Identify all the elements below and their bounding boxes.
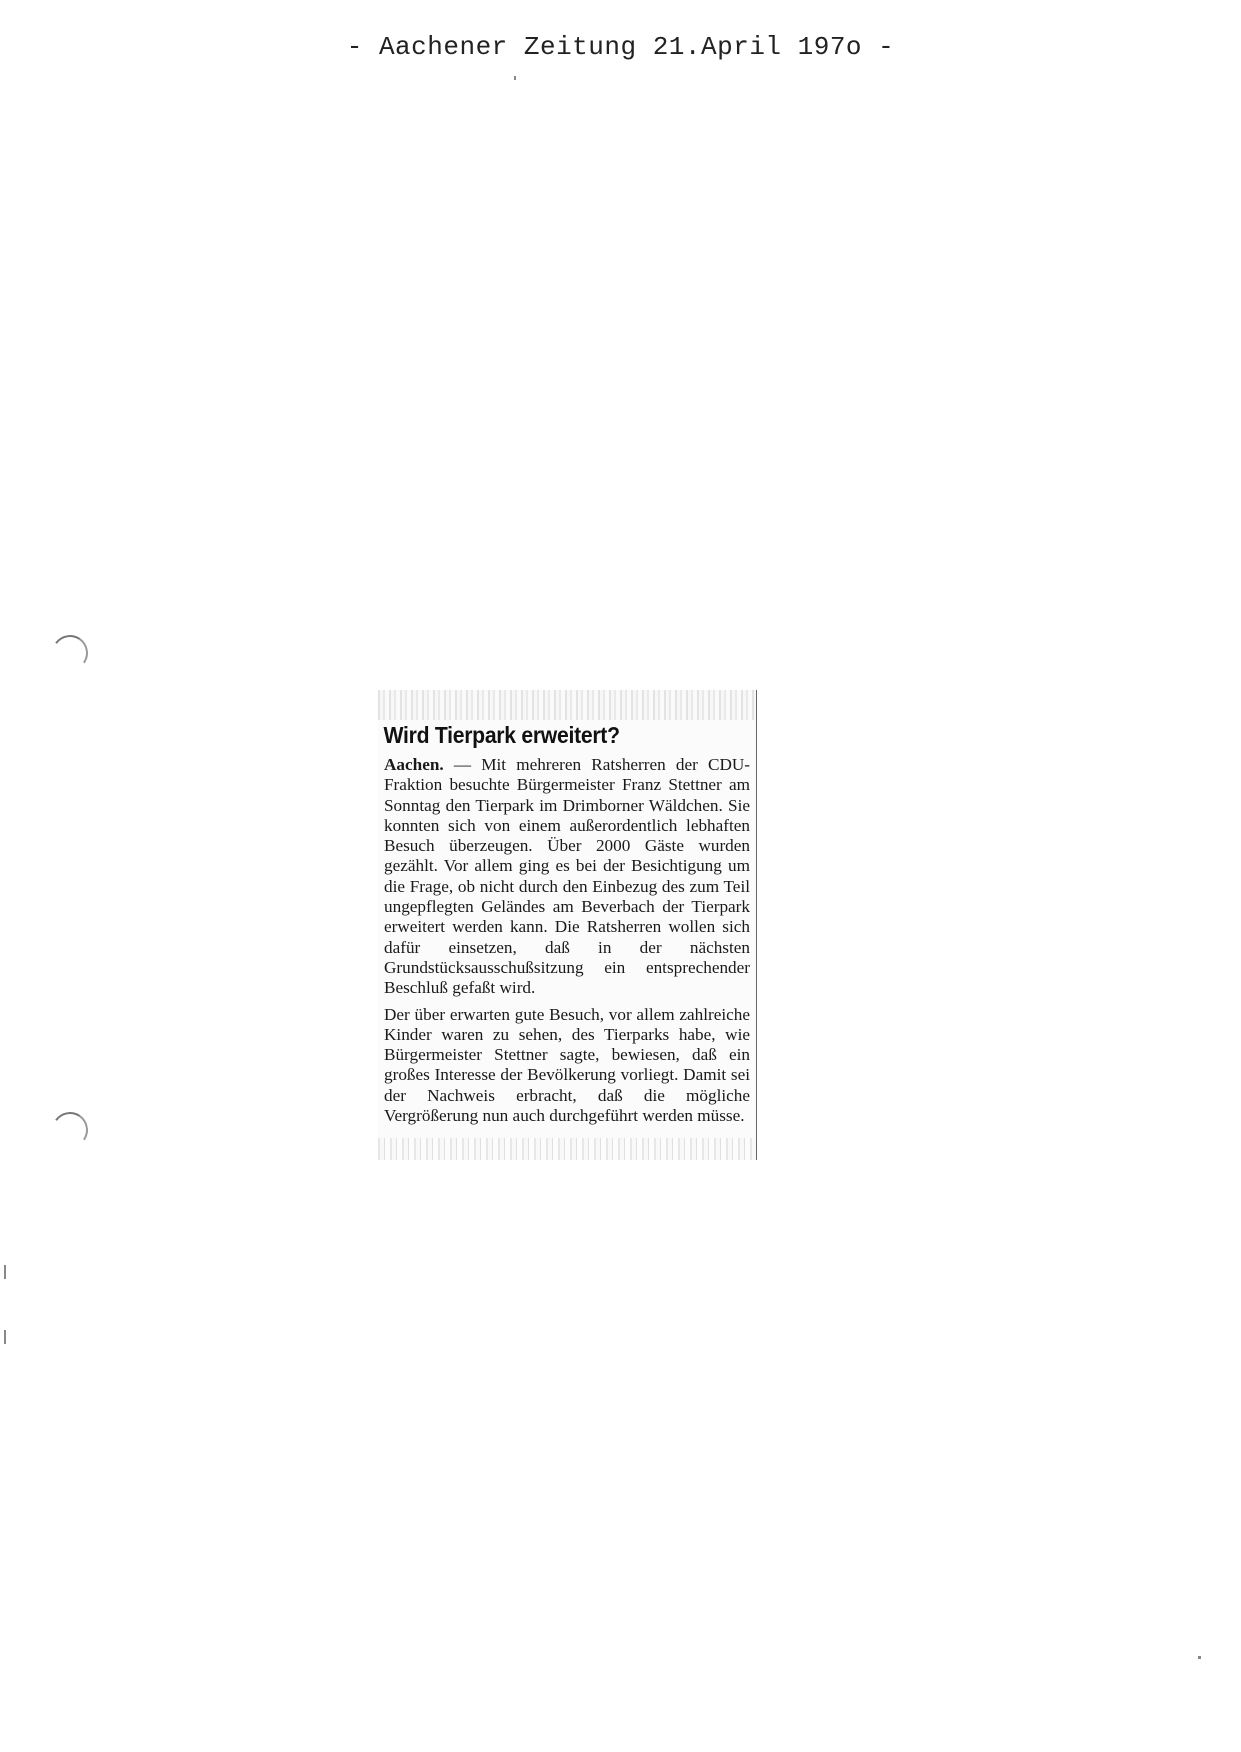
article-dateline: Aachen. [384,755,444,774]
article-paragraph-1: Aachen. — Mit mehreren Ratsherren der CD… [384,755,750,999]
article-paragraph-2: Der über erwarten gute Besuch, vor allem… [384,1005,750,1127]
clipping-cut-edge-bottom [378,1138,756,1160]
scan-artifact [1198,1656,1201,1659]
document-header: - Aachener Zeitung 21.April 197o - [0,32,1241,62]
article-paragraph-1-text: — Mit mehreren Ratsherren der CDU-Frakti… [384,755,750,997]
punch-hole-mark-bottom [49,1109,91,1151]
newspaper-clipping: Wird Tierpark erweitert? Aachen. — Mit m… [378,690,757,1160]
article-headline: Wird Tierpark erweitert? [378,722,726,749]
scan-artifact [4,1330,6,1344]
clipping-cut-edge-top [378,690,756,720]
article-body: Aachen. — Mit mehreren Ratsherren der CD… [378,755,756,1126]
scan-artifact [4,1265,6,1279]
scan-artifact [514,76,516,80]
punch-hole-mark-top [49,632,91,674]
